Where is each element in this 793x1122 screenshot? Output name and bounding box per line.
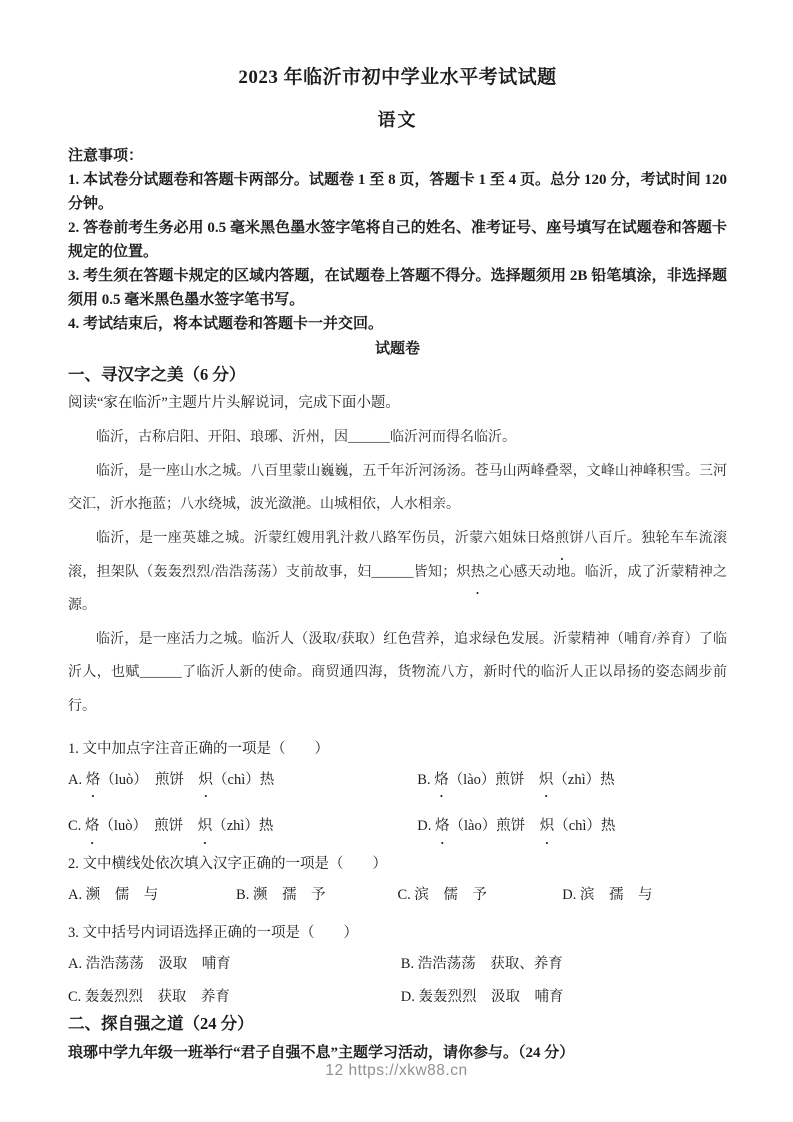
question-1-option-b: B. 烙（lào）煎饼 炽（zhì）热 xyxy=(417,768,727,793)
emphasis-dot-char: 烙 xyxy=(85,818,100,834)
question-1-option-c: C. 烙（luò） 煎饼 炽（zhì）热 xyxy=(68,814,417,839)
emphasis-dot-char: 炽 xyxy=(540,818,555,834)
exam-paper-page: 2023 年临沂市初中学业水平考试试题 语文 注意事项： 1. 本试卷分试题卷和… xyxy=(0,0,793,1122)
notice-heading: 注意事项： xyxy=(68,144,727,168)
question-3-option-c: C. 轰轰烈烈 获取 养育 xyxy=(68,985,401,1010)
question-2-stem: 2. 文中横线处依次填入汉字正确的一项是（ ） xyxy=(68,851,727,877)
emphasis-dot-char: 炽 xyxy=(539,772,554,788)
notice-item-4: 4. 考试结束后，将本试题卷和答题卡一并交回。 xyxy=(68,312,727,336)
passage-paragraph-1: 临沂，古称启阳、开阳、琅琊、沂州，因______临沂河而得名临沂。 xyxy=(68,421,727,455)
question-3-option-b: B. 浩浩荡荡 获取、养育 xyxy=(401,952,727,977)
question-2-option-c: C. 滨 儒 予 xyxy=(397,883,562,908)
question-1-option-a: A. 烙（luò） 煎饼 炽（chì）热 xyxy=(68,768,417,793)
question-2-option-b: B. 濒 孺 予 xyxy=(236,883,397,908)
question-3-option-d: D. 轰轰烈烈 汲取 哺育 xyxy=(401,985,727,1010)
reading-passage: 临沂，古称启阳、开阳、琅琊、沂州，因______临沂河而得名临沂。 临沂，是一座… xyxy=(68,421,727,723)
emphasis-dot-char: 烙 xyxy=(434,772,449,788)
emphasis-dot-char: 炽 xyxy=(199,772,214,788)
paper-label: 试题卷 xyxy=(68,337,727,361)
question-2-options: A. 濒 儒 与 B. 濒 孺 予 C. 滨 儒 予 D. 滨 孺 与 xyxy=(68,883,727,908)
passage-paragraph-4: 临沂，是一座活力之城。临沂人（汲取/获取）红色营养，追求绿色发展。沂蒙精神（哺育… xyxy=(68,623,727,724)
question-1-stem: 1. 文中加点字注音正确的一项是（ ） xyxy=(68,736,727,762)
question-3-option-a: A. 浩浩荡荡 汲取 哺育 xyxy=(68,952,401,977)
notice-item-1: 1. 本试卷分试题卷和答题卡两部分。试题卷 1 至 8 页，答题卡 1 至 4 … xyxy=(68,168,727,216)
question-2-option-d: D. 滨 孺 与 xyxy=(562,883,727,908)
subject-title: 语文 xyxy=(68,110,727,132)
question-3-stem: 3. 文中括号内词语选择正确的一项是（ ） xyxy=(68,920,727,946)
emphasis-dot-char: 烙 xyxy=(435,818,450,834)
passage-paragraph-2: 临沂，是一座山水之城。八百里蒙山巍巍，五千年沂河汤汤。苍马山两峰叠翠，文峰山神峰… xyxy=(68,455,727,522)
section1-heading: 一、寻汉字之美（6 分） xyxy=(68,363,727,388)
question-1-option-d: D. 烙（lào）煎饼 炽（chì）热 xyxy=(417,814,727,839)
emphasis-dot-char: 烙 xyxy=(541,531,555,546)
question-2-option-a: A. 濒 儒 与 xyxy=(68,883,236,908)
question-3-options: A. 浩浩荡荡 汲取 哺育 B. 浩浩荡荡 获取、养育 C. 轰轰烈烈 获取 养… xyxy=(68,952,727,1010)
page-title: 2023 年临沂市初中学业水平考试试题 xyxy=(68,66,727,90)
footer-note: 12 https://xkw88.cn xyxy=(0,1062,793,1080)
section2-heading: 二、探自强之道（24 分） xyxy=(68,1012,727,1037)
question-1-options: A. 烙（luò） 煎饼 炽（chì）热 B. 烙（lào）煎饼 炽（zhì）热… xyxy=(68,768,727,839)
emphasis-dot-char: 炽 xyxy=(198,818,213,834)
notice-item-3: 3. 考生须在答题卡规定的区域内答题，在试题卷上答题不得分。选择题须用 2B 铅… xyxy=(68,264,727,312)
emphasis-dot-char: 烙 xyxy=(86,772,101,788)
notice-item-2: 2. 答卷前考生务必用 0.5 毫米黑色墨水签字笔将自己的姓名、准考证号、座号填… xyxy=(68,216,727,264)
passage-paragraph-3: 临沂，是一座英雄之城。沂蒙红嫂用乳汁救八路军伤员，沂蒙六姐妹日烙煎饼八百斤。独轮… xyxy=(68,522,727,623)
emphasis-dot-char: 炽 xyxy=(456,565,471,580)
section1-intro: 阅读“家在临沂”主题片片头解说词，完成下面小题。 xyxy=(68,392,727,415)
